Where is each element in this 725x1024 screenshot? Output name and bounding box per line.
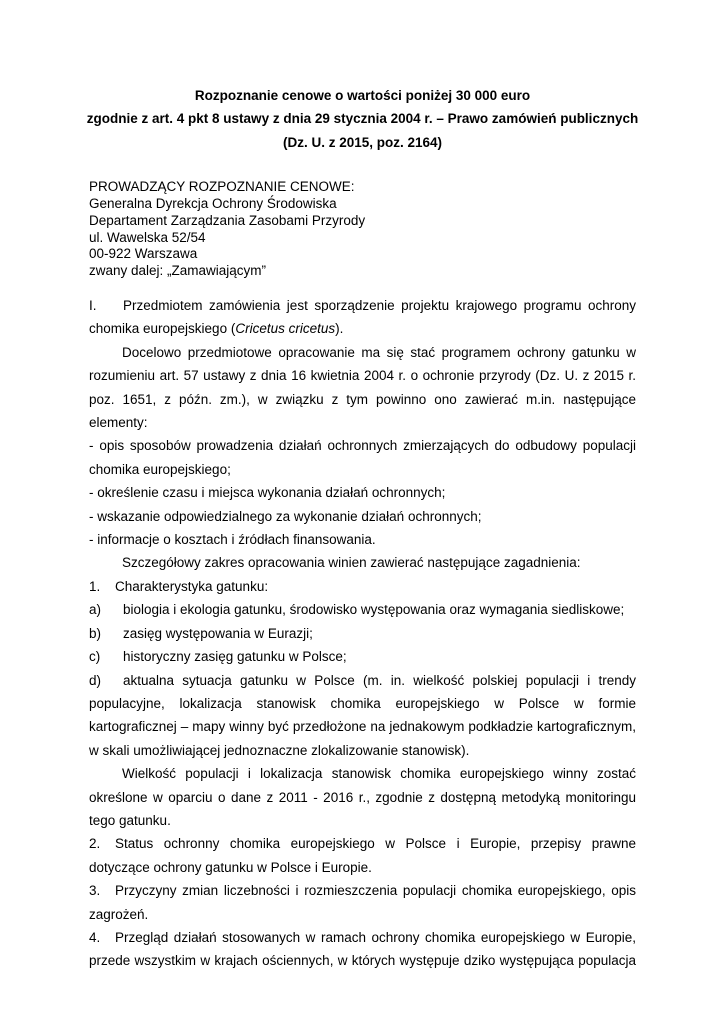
title-line-2: zgodnie z art. 4 pkt 8 ustawy z dnia 29 … bbox=[68, 107, 657, 130]
contracting-authority-block: PROWADZĄCY ROZPOZNANIE CENOWE: Generalna… bbox=[89, 179, 636, 280]
list-item-b-marker: b) bbox=[89, 622, 123, 645]
intro-text-pre: Przedmiotem zamówienia jest sporządzenie… bbox=[89, 298, 636, 336]
authority-alias: zwany dalej: „Zamawiającym” bbox=[89, 263, 636, 280]
document-body: I.Przedmiotem zamówienia jest sporządzen… bbox=[89, 294, 636, 973]
list-item-2-marker: 2. bbox=[89, 832, 115, 855]
paragraph-intro: I.Przedmiotem zamówienia jest sporządzen… bbox=[89, 294, 636, 341]
paragraph-szczegolowy: Szczegółowy zakres opracowania winien za… bbox=[89, 551, 636, 574]
list-item-c-text: historyczny zasięg gatunku w Polsce; bbox=[123, 649, 347, 664]
paragraph-wielkosc: Wielkość populacji i lokalizacja stanowi… bbox=[89, 762, 636, 832]
list-item-1: 1.Charakterystyka gatunku: bbox=[89, 575, 636, 598]
list-item-d: d)aktualna sytuacja gatunku w Polsce (m.… bbox=[89, 669, 636, 763]
list-item-a-marker: a) bbox=[89, 598, 123, 621]
list-item-3-text: Przyczyny zmian liczebności i rozmieszcz… bbox=[89, 883, 636, 921]
dash-item-3: - wskazanie odpowiedzialnego za wykonani… bbox=[89, 505, 636, 528]
list-item-c-marker: c) bbox=[89, 645, 123, 668]
authority-department: Departament Zarządzania Zasobami Przyrod… bbox=[89, 213, 636, 230]
document-title: Rozpoznanie cenowe o wartości poniżej 30… bbox=[68, 0, 657, 154]
list-item-3-marker: 3. bbox=[89, 879, 115, 902]
list-item-4: 4.Przegląd działań stosowanych w ramach … bbox=[89, 926, 636, 973]
authority-heading: PROWADZĄCY ROZPOZNANIE CENOWE: bbox=[89, 179, 636, 196]
list-item-d-text: aktualna sytuacja gatunku w Polsce (m. i… bbox=[89, 673, 636, 758]
title-line-3: (Dz. U. z 2015, poz. 2164) bbox=[68, 131, 657, 154]
list-item-3: 3.Przyczyny zmian liczebności i rozmiesz… bbox=[89, 879, 636, 926]
intro-text-post: ). bbox=[335, 321, 343, 336]
list-item-4-marker: 4. bbox=[89, 926, 115, 949]
dash-item-4: - informacje o kosztach i źródłach finan… bbox=[89, 528, 636, 551]
authority-city: 00-922 Warszawa bbox=[89, 246, 636, 263]
list-item-a-text: biologia i ekologia gatunku, środowisko … bbox=[123, 602, 624, 617]
authority-street: ul. Wawelska 52/54 bbox=[89, 230, 636, 247]
species-name: Cricetus cricetus bbox=[235, 321, 335, 336]
list-item-b: b)zasięg występowania w Eurazji; bbox=[89, 622, 636, 645]
intro-marker: I. bbox=[89, 294, 123, 317]
list-item-1-marker: 1. bbox=[89, 575, 115, 598]
list-item-1-text: Charakterystyka gatunku: bbox=[115, 579, 268, 594]
list-item-2: 2.Status ochronny chomika europejskiego … bbox=[89, 832, 636, 879]
list-item-b-text: zasięg występowania w Eurazji; bbox=[123, 626, 313, 641]
title-line-1: Rozpoznanie cenowe o wartości poniżej 30… bbox=[68, 84, 657, 107]
list-item-a: a)biologia i ekologia gatunku, środowisk… bbox=[89, 598, 636, 621]
document-page: Rozpoznanie cenowe o wartości poniżej 30… bbox=[0, 0, 725, 1024]
list-item-2-text: Status ochronny chomika europejskiego w … bbox=[89, 836, 636, 874]
paragraph-docelowo: Docelowo przedmiotowe opracowanie ma się… bbox=[89, 341, 636, 435]
list-item-d-marker: d) bbox=[89, 669, 123, 692]
list-item-4-text: Przegląd działań stosowanych w ramach oc… bbox=[89, 930, 636, 968]
list-item-c: c)historyczny zasięg gatunku w Polsce; bbox=[89, 645, 636, 668]
dash-item-1: - opis sposobów prowadzenia działań ochr… bbox=[89, 434, 636, 481]
authority-organization: Generalna Dyrekcja Ochrony Środowiska bbox=[89, 196, 636, 213]
dash-item-2: - określenie czasu i miejsca wykonania d… bbox=[89, 481, 636, 504]
